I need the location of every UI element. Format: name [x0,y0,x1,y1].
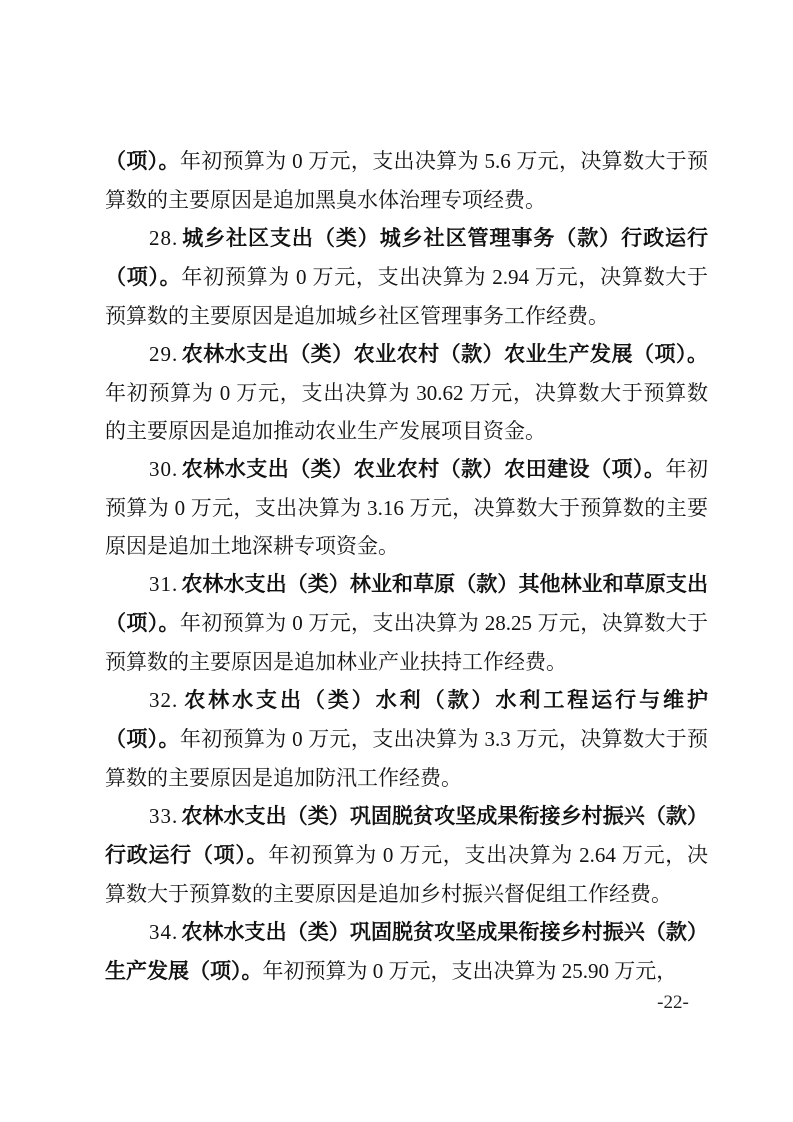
budget-item-paragraph-31: 31.农林水支出（类）林业和草原（款）其他林业和草原支出（项）。年初预算为 0 … [105,565,708,681]
item-heading: 农林水支出（类）农业农村（款）农业生产发展（项）。 [181,343,708,366]
item-number: 29. [149,342,181,366]
budget-item-paragraph-33: 33.农林水支出（类）巩固脱贫攻坚成果衔接乡村振兴（款）行政运行（项）。年初预算… [105,797,708,913]
budget-item-paragraph-34: 34.农林水支出（类）巩固脱贫攻坚成果衔接乡村振兴（款）生产发展（项）。年初预算… [105,913,708,991]
item-body: 年初预算为 0 万元，支出决算为 28.25 万元，决算数大于预算数的主要原因是… [105,611,708,674]
item-number: 30. [149,457,181,481]
budget-item-paragraph-30: 30.农林水支出（类）农业农村（款）农田建设（项）。年初预算为 0 万元，支出决… [105,450,708,565]
budget-item-paragraph-28: 28.城乡社区支出（类）城乡社区管理事务（款）行政运行（项）。年初预算为 0 万… [105,219,708,335]
item-body: 年初预算为 0 万元，支出决算为 25.90 万元， [263,959,678,983]
item-number: 32. [149,688,181,712]
page-number: -22- [648,993,698,1013]
item-body: 年初预算为 0 万元，支出决算为 3.3 万元，决算数大于预算数的主要原因是追加… [105,727,708,790]
budget-item-paragraph-32: 32.农林水支出（类）水利（款）水利工程运行与维护（项）。年初预算为 0 万元，… [105,681,708,797]
item-number: 31. [149,572,181,596]
document-page: （项）。年初预算为 0 万元，支出决算为 5.6 万元，决算数大于预算数的主要原… [0,0,793,1122]
paragraph-27-continuation: （项）。年初预算为 0 万元，支出决算为 5.6 万元，决算数大于预算数的主要原… [105,142,708,219]
item-body: 年初预算为 0 万元，支出决算为 5.6 万元，决算数大于预算数的主要原因是追加… [105,149,708,212]
item-heading: 农林水支出（类）农业农村（款）农田建设（项）。 [181,458,665,481]
budget-item-paragraph-29: 29.农林水支出（类）农业农村（款）农业生产发展（项）。年初预算为 0 万元，支… [105,335,708,450]
document-text-block: （项）。年初预算为 0 万元，支出决算为 5.6 万元，决算数大于预算数的主要原… [105,142,708,991]
item-number: 28. [149,226,181,250]
item-body: 年初预算为 0 万元，支出决算为 2.94 万元，决算数大于预算数的主要原因是追… [105,265,708,328]
item-body: 年初预算为 0 万元，支出决算为 30.62 万元，决算数大于预算数的主要原因是… [105,381,708,443]
item-heading: （项）。 [105,150,180,173]
item-number: 34. [149,920,181,944]
item-number: 33. [149,804,181,828]
